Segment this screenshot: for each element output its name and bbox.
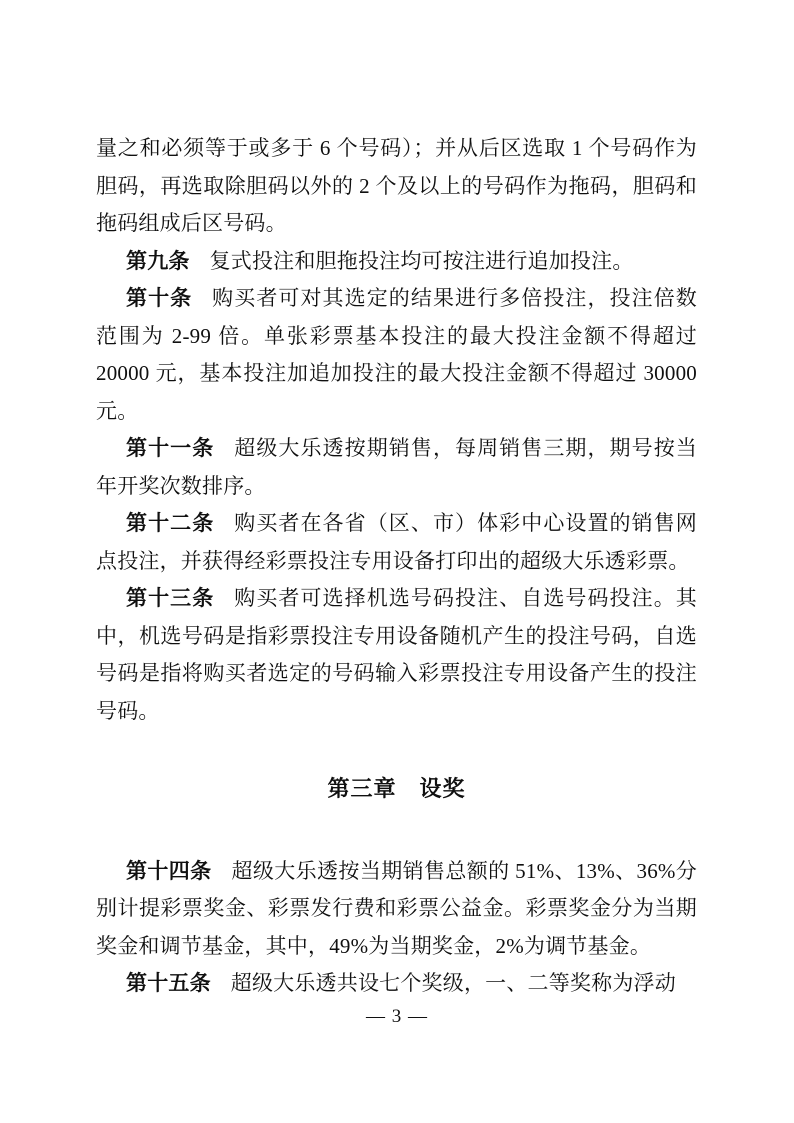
article-13-paragraph: 第十三条购买者可选择机选号码投注、自选号码投注。其中，机选号码是指彩票投注专用设… [96,580,697,730]
paragraph-text: 量之和必须等于或多于 6 个号码）；并从后区选取 1 个号码作为胆码，再选取除胆… [96,136,697,235]
paragraph-text: 超级大乐透共设七个奖级，一、二等奖称为浮动 [231,971,676,995]
paragraph-text: 复式投注和胆拖投注均可按注进行追加投注。 [210,249,634,273]
article-9-paragraph: 第九条复式投注和胆拖投注均可按注进行追加投注。 [96,243,697,281]
page-number: — 3 — [0,1004,794,1030]
article-12-paragraph: 第十二条购买者在各省（区、市）体彩中心设置的销售网点投注，并获得经彩票投注专用设… [96,505,697,580]
article-10-number: 第十条 [126,286,192,310]
article-15-number: 第十五条 [126,971,211,995]
paragraph-continuation: 量之和必须等于或多于 6 个号码）；并从后区选取 1 个号码作为胆码，再选取除胆… [96,130,697,243]
article-9-number: 第九条 [126,249,190,273]
article-14-paragraph: 第十四条超级大乐透按当期销售总额的 51%、13%、36%分别计提彩票奖金、彩票… [96,853,697,966]
article-12-number: 第十二条 [126,511,214,535]
article-13-number: 第十三条 [126,586,214,610]
article-15-paragraph: 第十五条超级大乐透共设七个奖级，一、二等奖称为浮动 [96,965,697,1003]
article-11-paragraph: 第十一条超级大乐透按期销售，每周销售三期，期号按当年开奖次数排序。 [96,430,697,505]
document-page: 量之和必须等于或多于 6 个号码）；并从后区选取 1 个号码作为胆码，再选取除胆… [0,0,794,1123]
article-11-number: 第十一条 [126,436,214,460]
article-10-paragraph: 第十条购买者可对其选定的结果进行多倍投注，投注倍数范围为 2-99 倍。单张彩票… [96,280,697,430]
document-body: 量之和必须等于或多于 6 个号码）；并从后区选取 1 个号码作为胆码，再选取除胆… [96,130,697,1003]
article-14-number: 第十四条 [126,859,212,883]
chapter-heading: 第三章 设奖 [96,770,697,808]
